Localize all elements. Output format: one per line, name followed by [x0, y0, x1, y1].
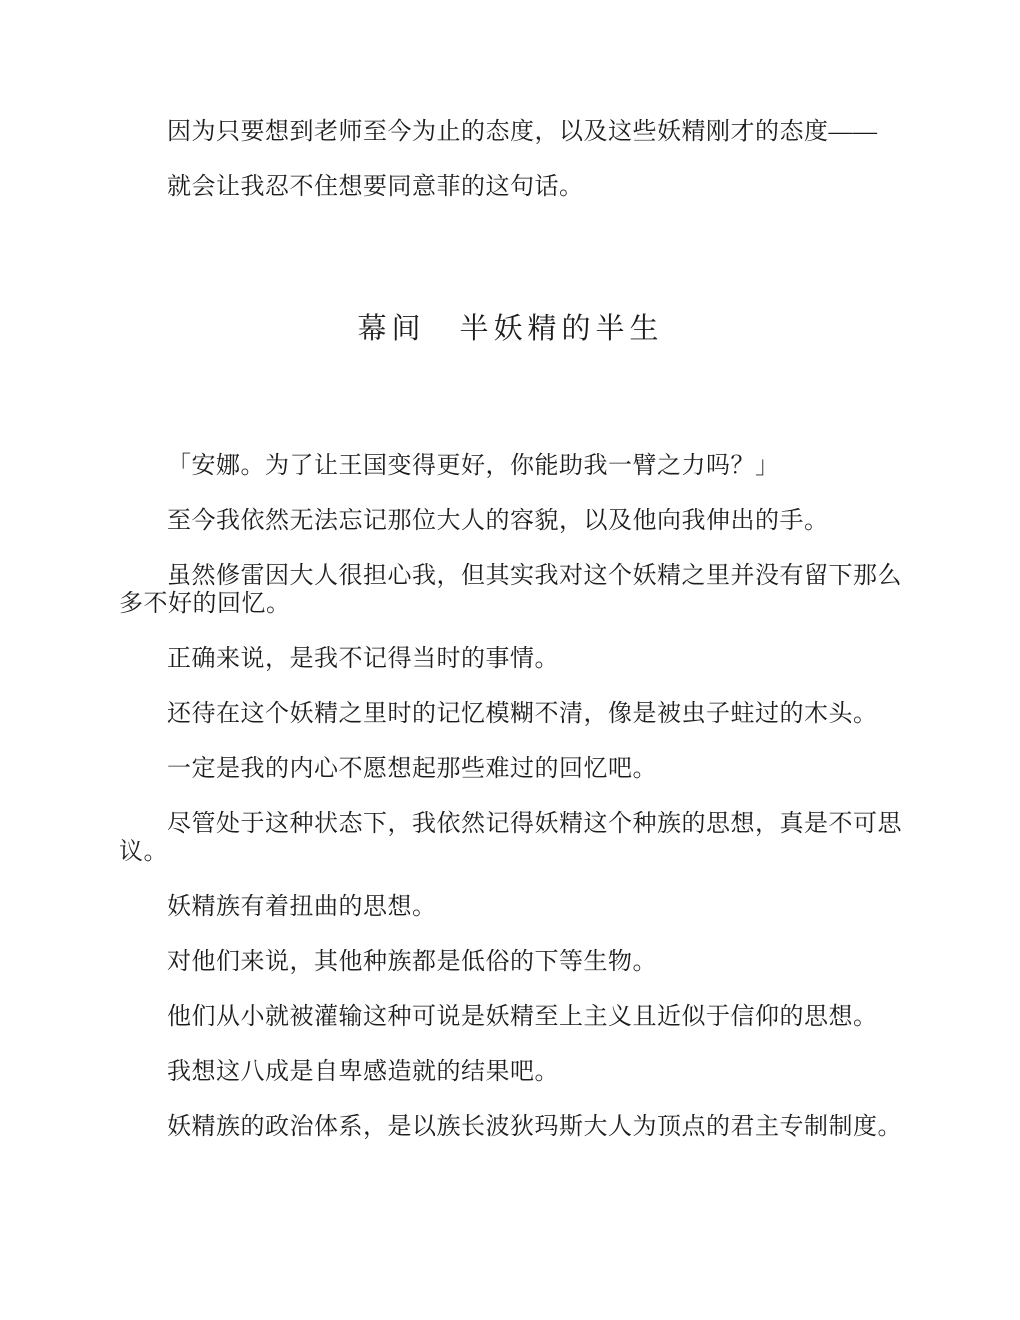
body-paragraph: 妖精族有着扭曲的思想。	[119, 893, 902, 921]
body-paragraph: 「安娜。为了让王国变得更好，你能助我一臂之力吗？」	[119, 452, 902, 480]
body-paragraph: 至今我依然无法忘记那位大人的容貌，以及他向我伸出的手。	[119, 507, 902, 535]
body-paragraph: 他们从小就被灌输这种可说是妖精至上主义且近似于信仰的思想。	[119, 1003, 902, 1031]
body-paragraph: 我想这八成是自卑感造就的结果吧。	[119, 1058, 902, 1086]
intro-paragraph: 就会让我忍不住想要同意菲的这句话。	[119, 173, 902, 201]
document-page: 因为只要想到老师至今为止的态度，以及这些妖精刚才的态度—— 就会让我忍不住想要同…	[0, 0, 1020, 1320]
body-paragraph: 一定是我的内心不愿想起那些难过的回忆吧。	[119, 755, 902, 783]
body-paragraph: 虽然修雷因大人很担心我，但其实我对这个妖精之里并没有留下那么多不好的回忆。	[119, 562, 902, 618]
body-paragraph: 正确来说，是我不记得当时的事情。	[119, 645, 902, 673]
body-paragraph: 还待在这个妖精之里时的记忆模糊不清，像是被虫子蛀过的木头。	[119, 700, 902, 728]
intro-paragraph: 因为只要想到老师至今为止的态度，以及这些妖精刚才的态度——	[119, 118, 902, 146]
body-paragraph: 妖精族的政治体系，是以族长波狄玛斯大人为顶点的君主专制制度。	[119, 1113, 902, 1141]
body-paragraph: 尽管处于这种状态下，我依然记得妖精这个种族的思想，真是不可思议。	[119, 810, 902, 866]
body-paragraph: 对他们来说，其他种族都是低俗的下等生物。	[119, 948, 902, 976]
chapter-title: 幕间 半妖精的半生	[119, 311, 902, 347]
